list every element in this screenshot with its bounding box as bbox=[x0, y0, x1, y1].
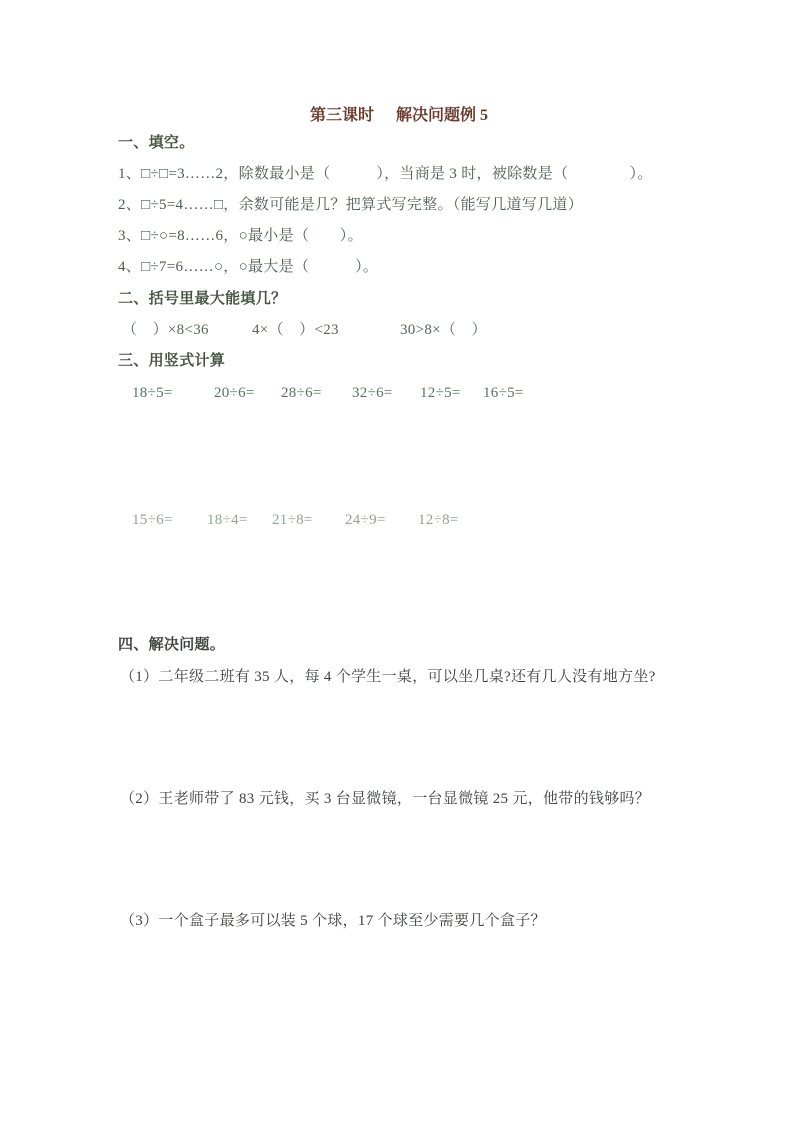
equation: 28÷6= bbox=[281, 383, 322, 403]
section4-problem-3: （3）一个盒子最多可以装 5 个球，17 个球至少需要几个盒子？ bbox=[120, 911, 546, 931]
section2-expression-1: （ ）×8<36 bbox=[122, 320, 209, 340]
equation: 18÷4= bbox=[207, 510, 248, 530]
equation: 20÷6= bbox=[214, 383, 255, 403]
section2-expression-2: 4×（ ）<23 bbox=[252, 320, 339, 340]
section2-expression-3: 30>8×（ ） bbox=[400, 320, 487, 340]
equation: 32÷6= bbox=[352, 383, 393, 403]
equation: 18÷5= bbox=[132, 383, 173, 403]
section4-problem-1: （1）二年级二班有 35 人，每 4 个学生一桌，可以坐几桌?还有几人没有地方坐… bbox=[120, 667, 656, 687]
section1-item-4: 4、□÷7=6……○，○最大是（ ）。 bbox=[118, 257, 378, 277]
equation: 12÷8= bbox=[418, 510, 459, 530]
section4-problem-2: （2）王老师带了 83 元钱，买 3 台显微镜，一台显微镜 25 元，他带的钱够… bbox=[120, 789, 650, 809]
section1-heading: 一、填空。 bbox=[118, 133, 195, 153]
equation: 21÷8= bbox=[272, 510, 313, 530]
page-title-lesson: 第三课时 bbox=[310, 102, 374, 125]
equation: 16÷5= bbox=[483, 383, 524, 403]
equation: 15÷6= bbox=[132, 510, 173, 530]
section2-heading: 二、括号里最大能填几？ bbox=[118, 289, 286, 309]
page-title-topic: 解决问题例 5 bbox=[396, 102, 488, 125]
section1-item-2: 2、□÷5=4……□，余数可能是几？把算式写完整。（能写几道写几道） bbox=[118, 195, 583, 215]
section1-item-1: 1、□÷□=3……2，除数最小是（ ），当商是 3 时，被除数是（ ）。 bbox=[118, 164, 653, 184]
page-title: 第三课时 解决问题例 5 bbox=[310, 102, 488, 125]
equation: 12÷5= bbox=[420, 383, 461, 403]
section4-heading: 四、解决问题。 bbox=[118, 635, 225, 655]
equation: 24÷9= bbox=[345, 510, 386, 530]
section3-heading: 三、用竖式计算 bbox=[118, 351, 225, 371]
section1-item-3: 3、□÷○=8……6，○最小是（ ）。 bbox=[118, 226, 363, 246]
worksheet-page: 第三课时 解决问题例 5 一、填空。 1、□÷□=3……2，除数最小是（ ），当… bbox=[0, 0, 793, 1122]
